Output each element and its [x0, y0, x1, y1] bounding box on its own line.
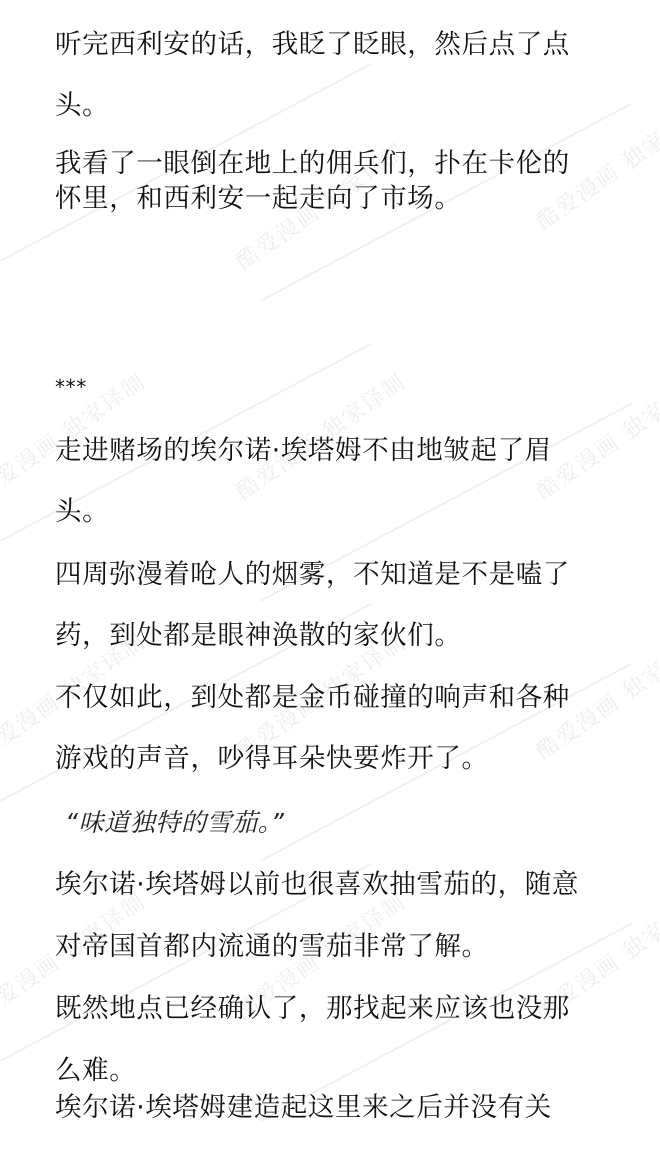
text-line: 四周弥漫着呛人的烟雾，不知道是不是嗑了 — [55, 560, 570, 590]
text-line: 游戏的声音，吵得耳朵快要炸开了。 — [55, 744, 489, 774]
text-line: 对帝国首都内流通的雪茄非常了解。 — [55, 932, 489, 962]
text-line: 听完西利安的话，我眨了眨眼，然后点了点 — [55, 30, 570, 60]
text-line: 埃尔诺·埃塔姆以前也很喜欢抽雪茄的，随意 — [55, 870, 579, 900]
text-line: 不仅如此，到处都是金币碰撞的响声和各种 — [55, 683, 570, 713]
text-line: 么难。 — [55, 1056, 136, 1086]
text-line: 怀里，和西利安一起走向了市场。 — [55, 184, 462, 214]
text-line: 头。 — [55, 497, 109, 527]
text-line: 我看了一眼倒在地上的佣兵们，扑在卡伦的 — [55, 149, 570, 179]
text-line: 埃尔诺·埃塔姆建造起这里来之后并没有关 — [55, 1093, 552, 1123]
section-separator: *** — [55, 372, 87, 402]
text-line: 头。 — [55, 91, 109, 121]
text-line: 走进赌场的埃尔诺·埃塔姆不由地皱起了眉 — [55, 436, 552, 466]
text-line: 既然地点已经确认了，那找起来应该也没那 — [55, 994, 570, 1024]
dialogue-line: “味道独特的雪茄。” — [65, 808, 284, 838]
text-line: 药，到处都是眼神涣散的家伙们。 — [55, 621, 462, 651]
